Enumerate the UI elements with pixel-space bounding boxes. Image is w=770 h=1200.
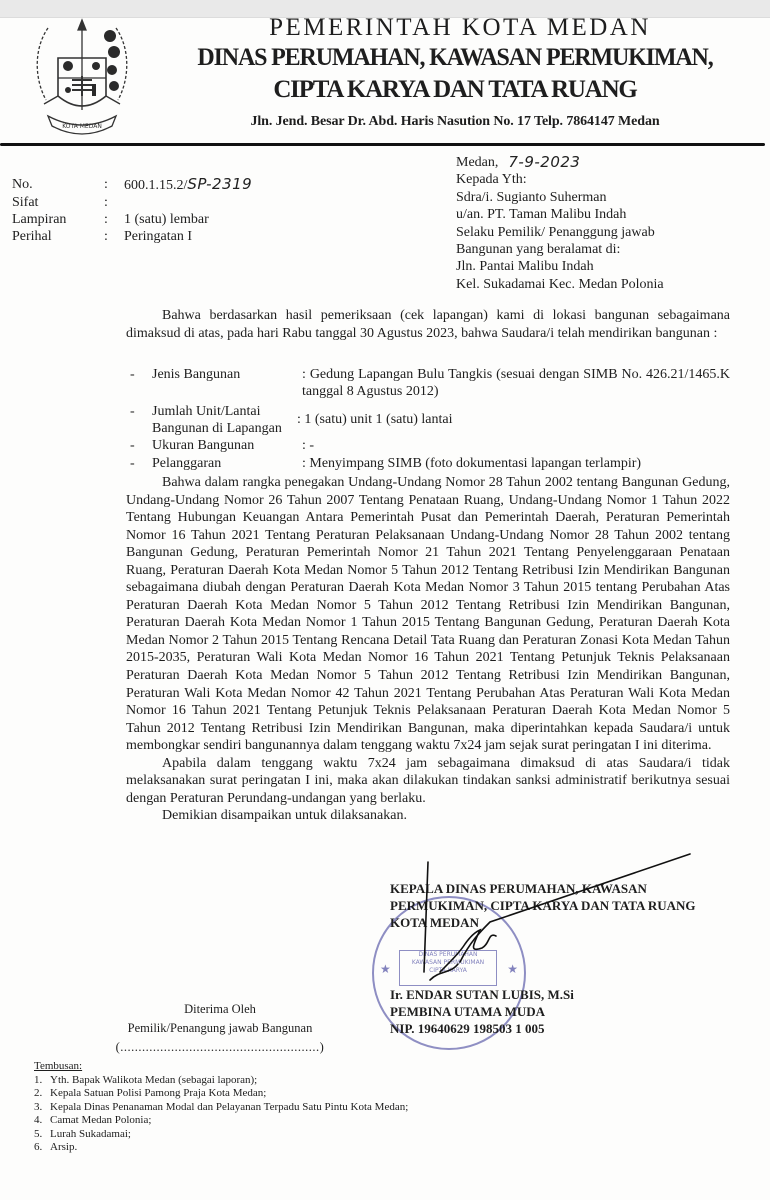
- letterhead-agency-line2: CIPTA KARYA DAN TATA RUANG: [150, 74, 760, 106]
- intro-text: Bahwa berdasarkan hasil pemeriksaan (cek…: [126, 307, 730, 342]
- logo-ribbon-text: KOTA MEDAN: [62, 123, 102, 130]
- detail-key: Pelanggaran: [152, 455, 302, 472]
- item-number: 2.: [34, 1087, 50, 1101]
- tembusan-list: Tembusan: 1.Yth. Bapak Walikota Medan (s…: [34, 1060, 408, 1155]
- letter-meta: No. : 600.1.15.2/SP-2319 Sifat : Lampira…: [12, 176, 252, 245]
- recipient-line: u/an. PT. Taman Malibu Indah: [456, 206, 664, 223]
- letter-date: Medan, 7-9-2023: [456, 154, 664, 171]
- signatory-rank: PEMBINA UTAMA MUDA: [390, 1003, 696, 1020]
- tembusan-item: 6.Arsip.: [34, 1141, 408, 1155]
- meta-label: Lampiran: [12, 211, 104, 228]
- detail-value: : -: [302, 437, 730, 454]
- bullet: -: [130, 403, 152, 437]
- letter-number: 600.1.15.2/SP-2319: [124, 176, 252, 194]
- item-text: Lurah Sukadamai;: [50, 1128, 131, 1142]
- meta-value: 1 (satu) lembar: [124, 211, 209, 228]
- handwritten-signature-icon: [420, 852, 700, 992]
- detail-value: : Menyimpang SIMB (foto dokumentasi lapa…: [302, 455, 730, 472]
- meta-value: Peringatan I: [124, 228, 192, 245]
- detail-value: : Gedung Lapangan Bulu Tangkis (sesuai d…: [302, 366, 730, 400]
- detail-key: Jenis Bangunan: [152, 366, 302, 400]
- item-text: Yth. Bapak Walikota Medan (sebagai lapor…: [50, 1074, 257, 1088]
- meta-row-sifat: Sifat :: [12, 194, 252, 211]
- meta-label: Perihal: [12, 228, 104, 245]
- building-details: - Jenis Bangunan : Gedung Lapangan Bulu …: [130, 366, 730, 472]
- letter-number-handwritten: SP-2319: [187, 175, 252, 193]
- signatory-nip: NIP. 19640629 198503 1 005: [390, 1020, 696, 1037]
- recipient-block: Medan, 7-9-2023 Kepada Yth: Sdra/i. Sugi…: [456, 154, 664, 293]
- receiver-role: Pemilik/Penangung jawab Bangunan: [80, 1019, 360, 1038]
- letterhead-divider: [0, 143, 765, 146]
- recipient-line: Selaku Pemilik/ Penanggung jawab: [456, 224, 664, 241]
- letter-number-printed: 600.1.15.2/: [124, 178, 187, 193]
- item-number: 1.: [34, 1074, 50, 1088]
- colon: :: [104, 194, 124, 211]
- meta-row-perihal: Perihal : Peringatan I: [12, 228, 252, 245]
- detail-item: - Jumlah Unit/Lantai Bangunan di Lapanga…: [130, 403, 730, 437]
- meta-row-number: No. : 600.1.15.2/SP-2319: [12, 176, 252, 194]
- item-text: Camat Medan Polonia;: [50, 1114, 151, 1128]
- recipient-line: Jln. Pantai Malibu Indah: [456, 258, 664, 275]
- meta-label: No.: [12, 176, 104, 194]
- letter-page: KOTA MEDAN PEMERINTAH KOTA MEDAN DINAS P…: [0, 0, 770, 1200]
- tembusan-item: 4.Camat Medan Polonia;: [34, 1114, 408, 1128]
- receiver-label: Diterima Oleh: [80, 1000, 360, 1019]
- detail-value: : 1 (satu) unit 1 (satu) lantai: [297, 403, 730, 437]
- detail-item: - Pelanggaran : Menyimpang SIMB (foto do…: [130, 455, 730, 472]
- tembusan-title: Tembusan:: [34, 1060, 408, 1074]
- item-number: 5.: [34, 1128, 50, 1142]
- meta-label: Sifat: [12, 194, 104, 211]
- item-number: 4.: [34, 1114, 50, 1128]
- recipient-line: Kepada Yth:: [456, 171, 664, 188]
- colon: :: [104, 228, 124, 245]
- recipient-line: Kel. Sukadamai Kec. Medan Polonia: [456, 276, 664, 293]
- receiver-signature-blank: (.......................................…: [80, 1038, 360, 1057]
- letterhead: PEMERINTAH KOTA MEDAN DINAS PERUMAHAN, K…: [150, 14, 760, 130]
- city-coat-of-arms-icon: KOTA MEDAN: [28, 18, 136, 138]
- bullet: -: [130, 455, 152, 472]
- item-number: 6.: [34, 1141, 50, 1155]
- date-handwritten: 7-9-2023: [508, 154, 580, 171]
- recipient-line: Sdra/i. Sugianto Suherman: [456, 189, 664, 206]
- letterhead-address: Jln. Jend. Besar Dr. Abd. Haris Nasution…: [150, 114, 760, 130]
- closing-paragraph: Demikian disampaikan untuk dilaksanakan.: [126, 807, 730, 825]
- date-prefix: Medan,: [456, 154, 498, 171]
- tembusan-item: 2.Kepala Satuan Polisi Pamong Praja Kota…: [34, 1087, 408, 1101]
- item-text: Kepala Satuan Polisi Pamong Praja Kota M…: [50, 1087, 266, 1101]
- colon: :: [104, 176, 124, 194]
- bullet: -: [130, 437, 152, 454]
- tembusan-item: 3.Kepala Dinas Penanaman Modal dan Pelay…: [34, 1101, 408, 1115]
- intro-paragraph: Bahwa berdasarkan hasil pemeriksaan (cek…: [126, 307, 730, 342]
- letterhead-agency-line1: DINAS PERUMAHAN, KAWASAN PERMUKIMAN,: [162, 42, 748, 74]
- receiver-block: Diterima Oleh Pemilik/Penangung jawab Ba…: [80, 1000, 360, 1057]
- bullet: -: [130, 366, 152, 400]
- detail-item: - Ukuran Bangunan : -: [130, 437, 730, 454]
- letterhead-government: PEMERINTAH KOTA MEDAN: [160, 14, 760, 42]
- detail-key: Ukuran Bangunan: [152, 437, 302, 454]
- tembusan-item: 1.Yth. Bapak Walikota Medan (sebagai lap…: [34, 1074, 408, 1088]
- tembusan-item: 5.Lurah Sukadamai;: [34, 1128, 408, 1142]
- sanction-paragraph: Apabila dalam tenggang waktu 7x24 jam se…: [126, 755, 730, 808]
- recipient-line: Bangunan yang beralamat di:: [456, 241, 664, 258]
- item-text: Arsip.: [50, 1141, 77, 1155]
- colon: :: [104, 211, 124, 228]
- detail-key: Jumlah Unit/Lantai Bangunan di Lapangan: [152, 403, 297, 437]
- detail-item: - Jenis Bangunan : Gedung Lapangan Bulu …: [130, 366, 730, 400]
- meta-row-lampiran: Lampiran : 1 (satu) lembar: [12, 211, 252, 228]
- item-text: Kepala Dinas Penanaman Modal dan Pelayan…: [50, 1101, 408, 1115]
- legal-paragraphs: Bahwa dalam rangka penegakan Undang-Unda…: [126, 474, 730, 825]
- item-number: 3.: [34, 1101, 50, 1115]
- legal-basis-paragraph: Bahwa dalam rangka penegakan Undang-Unda…: [126, 474, 730, 755]
